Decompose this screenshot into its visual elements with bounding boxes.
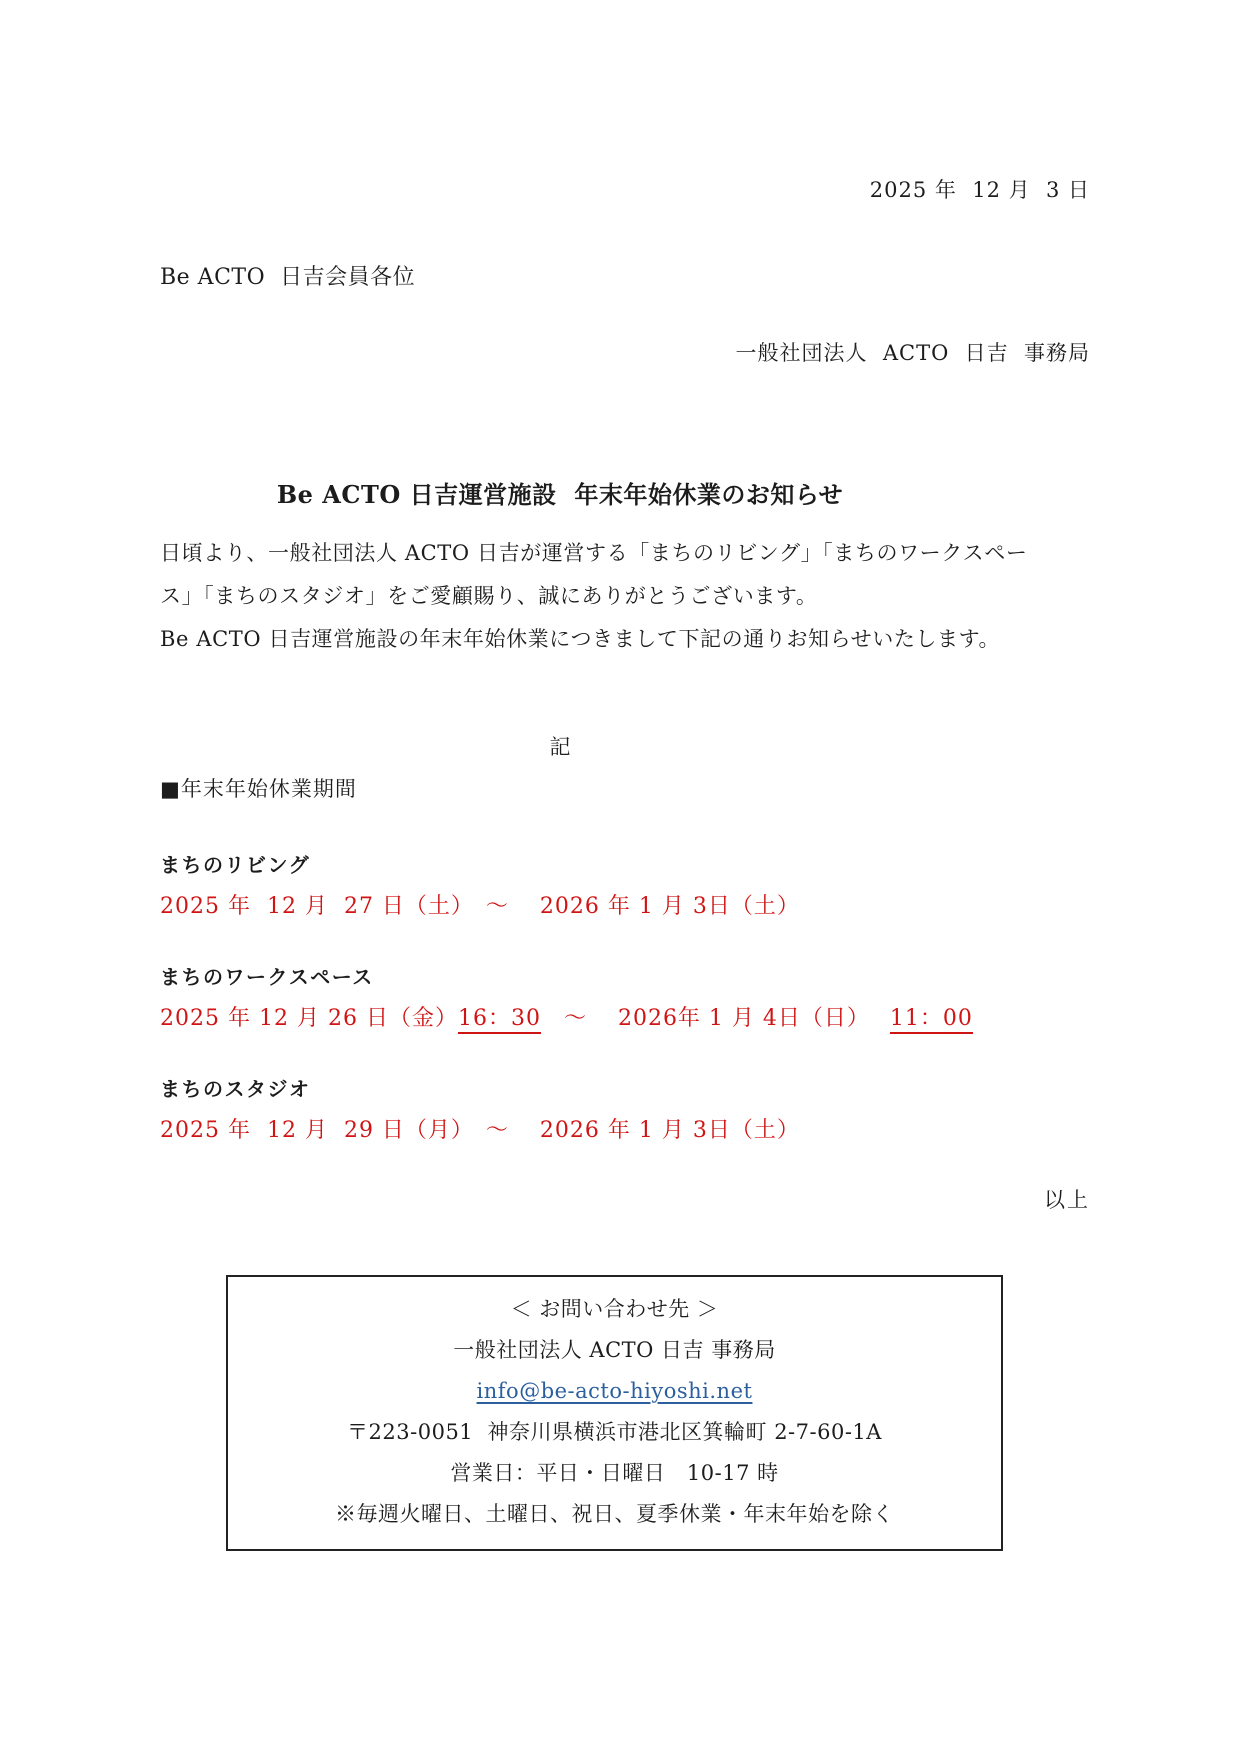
contact-closed-days-note: ※毎週火曜日、土曜日、祝日、夏季休業・年末年始を除く [238, 1494, 991, 1535]
period-separator: ～ 2026年 1 月 4日（日） [541, 1006, 890, 1031]
contact-business-hours: 営業日：平日・日曜日 10-17 時 [238, 1453, 991, 1494]
sender-line: 一般社団法人 ACTO 日吉 事務局 [160, 338, 1090, 368]
section-heading-holiday-period: ■年末年始休業期間 [160, 773, 1090, 805]
contact-organization: 一般社団法人 ACTO 日吉 事務局 [238, 1330, 991, 1371]
contact-heading: ＜ お問い合わせ先 ＞ [238, 1289, 991, 1330]
facility-holiday-period: 2025 年 12 月 27 日（土） ～ 2026 年 1 月 3日（土） [160, 891, 1090, 923]
contact-email-link[interactable]: info@be-acto-hiyoshi.net [477, 1379, 753, 1403]
contact-address: 〒223-0051 神奈川県横浜市港北区箕輪町 2-7-60-1A [238, 1412, 991, 1453]
facility-holiday-period: 2025 年 12 月 29 日（月） ～ 2026 年 1 月 3日（土） [160, 1115, 1090, 1147]
facility-name: まちのスタジオ [160, 1073, 1090, 1105]
period-start-time: 16：30 [458, 1006, 541, 1034]
facility-studio: まちのスタジオ 2025 年 12 月 29 日（月） ～ 2026 年 1 月… [160, 1073, 1090, 1147]
body-text-line: ス」「まちのスタジオ」をご愛顧賜り、誠にありがとうございます。 [160, 575, 1090, 618]
closing-mark: 以上 [160, 1185, 1090, 1215]
facility-workspace: まちのワークスペース 2025 年 12 月 26 日（金）16：30 ～ 20… [160, 961, 1090, 1035]
contact-box: ＜ お問い合わせ先 ＞ 一般社団法人 ACTO 日吉 事務局 info@be-a… [226, 1275, 1003, 1551]
facility-holiday-period: 2025 年 12 月 26 日（金）16：30 ～ 2026年 1 月 4日（… [160, 1003, 1090, 1035]
facility-living: まちのリビング 2025 年 12 月 27 日（土） ～ 2026 年 1 月… [160, 849, 1090, 923]
body-text-line: Be ACTO 日吉運営施設の年末年始休業につきまして下記の通りお知らせいたしま… [160, 618, 1090, 661]
body-text-line: 日頃より、一般社団法人 ACTO 日吉が運営する「まちのリビング」「まちのワーク… [160, 532, 1090, 575]
document-date: 2025 年 12 月 3 日 [160, 175, 1090, 205]
facility-name: まちのリビング [160, 849, 1090, 881]
record-mark: 記 [160, 731, 1090, 763]
period-end-time: 11：00 [890, 1006, 973, 1034]
document-title: Be ACTO 日吉運営施設 年末年始休業のお知らせ [160, 478, 1090, 512]
document-page: 2025 年 12 月 3 日 Be ACTO 日吉会員各位 一般社団法人 AC… [0, 0, 1241, 1755]
recipient-line: Be ACTO 日吉会員各位 [160, 263, 1090, 293]
facility-name: まちのワークスペース [160, 961, 1090, 993]
period-start-date: 2025 年 12 月 26 日（金） [160, 1006, 458, 1031]
